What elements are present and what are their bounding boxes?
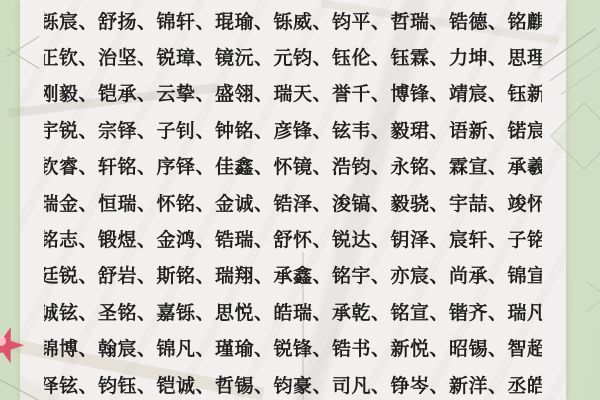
chevron-line-icon [586,297,600,312]
name-row: 钦睿、轩铭、序铎、佳鑫、怀镜、浩钧、永铭、霖宣、承羲 [44,148,542,184]
name-row: 铭志、锻煜、金鸿、锆瑞、舒怀、锐达、钥泽、宸轩、子铭 [44,220,542,256]
name-list: 铄宸、舒扬、锦轩、琨瑜、铄威、钧平、哲瑞、锆德、铭麒正钦、治坚、锐璋、镜沅、元钧… [44,2,542,400]
name-row: 泽铉、钧钰、铠诚、哲锡、钧豪、司凡、铮岑、新洋、丞皓 [44,366,542,400]
chevron-line-icon [586,281,600,296]
name-row: 瑞金、恒瑞、怀铭、金诚、锆泽、浚镐、毅骁、宇喆、竣怀 [44,184,542,220]
name-row: 刚毅、铠承、云挚、盛翎、瑞天、誉千、博锋、靖宸、钰新 [44,75,542,111]
name-row: 廷锐、舒岩、斯铭、瑞翔、承鑫、铭宇、亦宸、尚承、锦宣 [44,257,542,293]
paper-card: 铄宸、舒扬、锦轩、琨瑜、铄威、钧平、哲瑞、锆德、铭麒正钦、治坚、锐璋、镜沅、元钧… [20,0,566,400]
name-row: 正钦、治坚、锐璋、镜沅、元钧、钰伦、钰霖、力坤、思理 [44,38,542,74]
name-list-card-image: 铄宸、舒扬、锦轩、琨瑜、铄威、钧平、哲瑞、锆德、铭麒正钦、治坚、锐璋、镜沅、元钧… [0,0,600,400]
name-row: 诚铉、圣铭、嘉铄、思悦、皓瑞、承乾、铭宣、锴齐、瑞凡 [44,293,542,329]
name-row: 宇锐、宗铎、子钊、钟铭、彦锋、铉韦、毅珺、语新、锘宸 [44,111,542,147]
name-row: 锦博、翰宸、锦凡、瑾瑜、锐锋、锆书、新悦、昭锡、智超 [44,330,542,366]
name-row: 铄宸、舒扬、锦轩、琨瑜、铄威、钧平、哲瑞、锆德、铭麒 [44,2,542,38]
